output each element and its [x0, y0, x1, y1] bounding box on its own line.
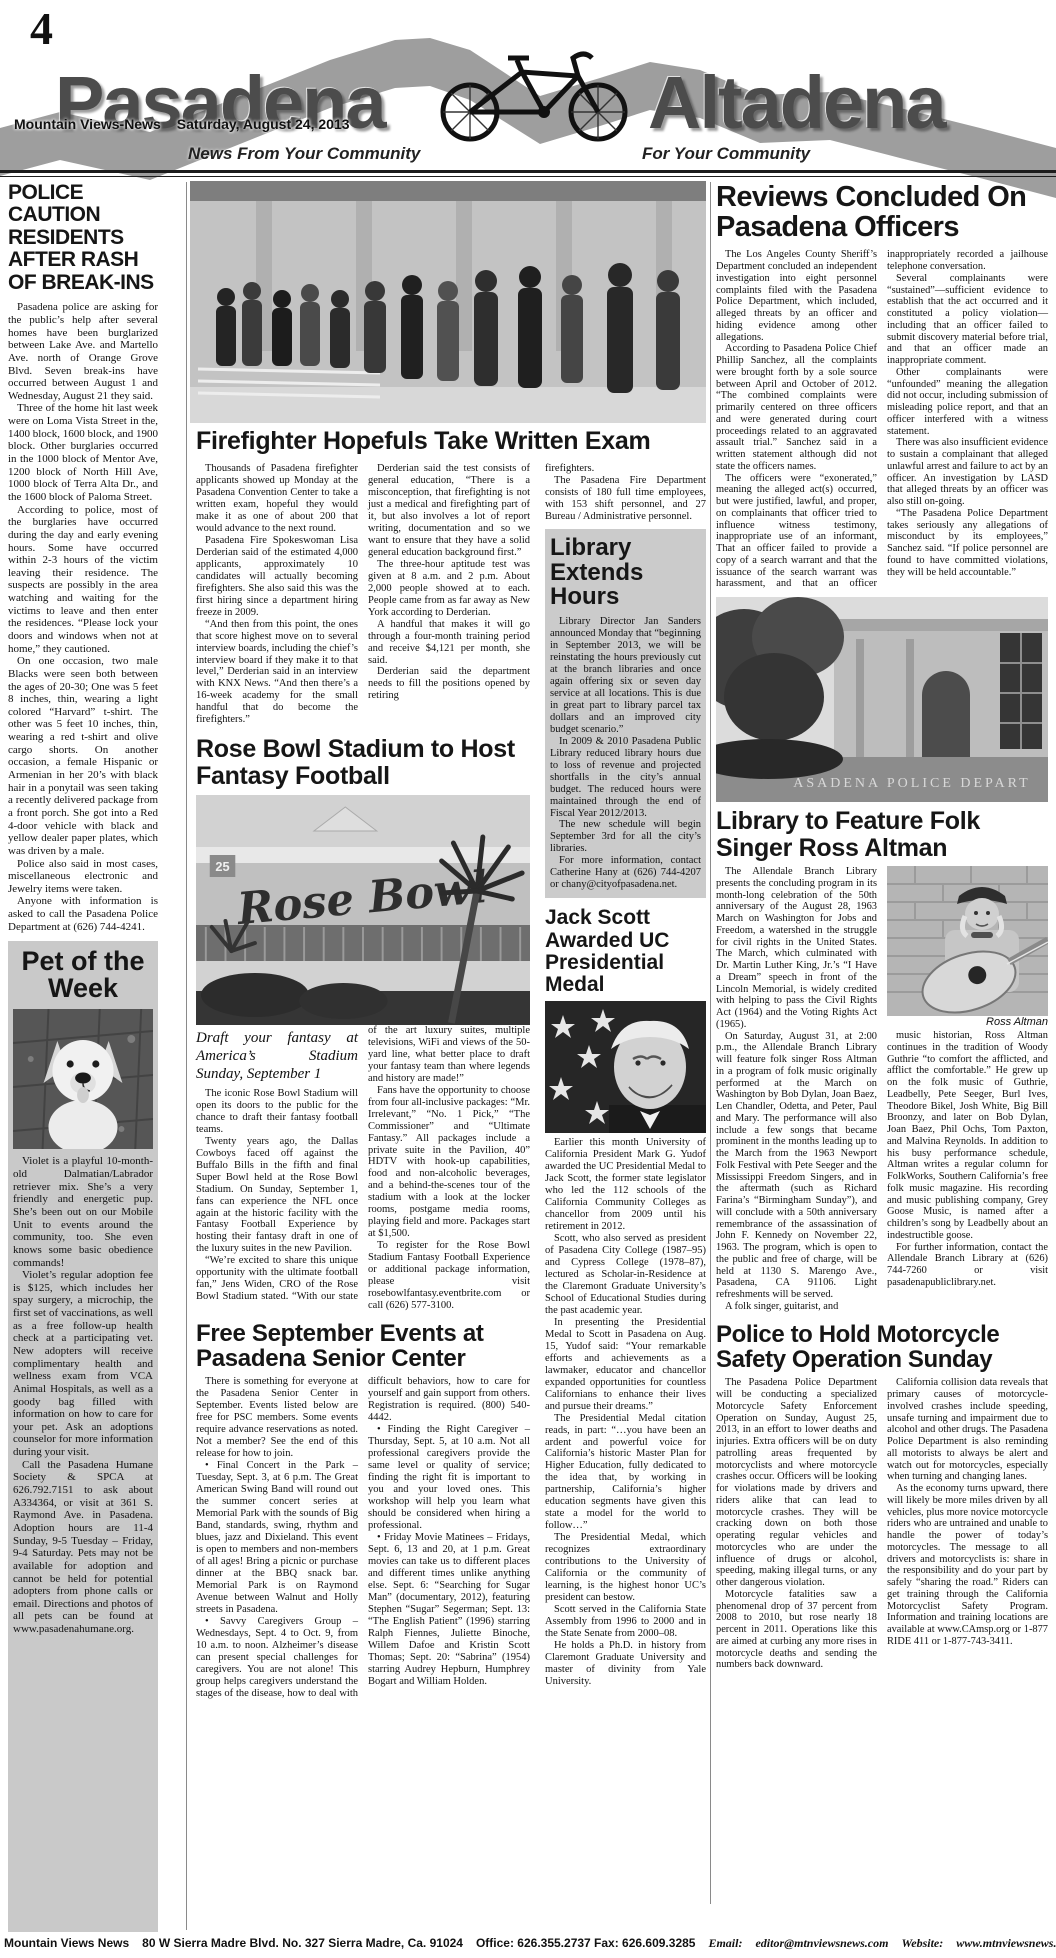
- tagline-right: For Your Community: [642, 144, 810, 164]
- paragraph: • Friday Movie Matinees – Fridays, Sept.…: [368, 1532, 530, 1688]
- masthead-title-altadena: Altadena: [648, 66, 945, 140]
- police-building-photo: ASADENA POLICE DEPART: [716, 597, 1048, 802]
- paragraph: According to police, most of the burglar…: [8, 504, 158, 656]
- paragraph: A folk singer, guitarist, and: [716, 1301, 877, 1313]
- paragraph: music historian, Ross Altman continues i…: [887, 1030, 1048, 1242]
- paragraph: firefighters.: [545, 463, 706, 475]
- paragraph: The three-hour aptitude test was given a…: [368, 559, 530, 619]
- page-footer: Mountain Views News 80 W Sierra Madre Bl…: [4, 1936, 1054, 1951]
- article-rose-bowl: Rose Bowl Stadium to Host Fantasy Footba…: [196, 736, 530, 1312]
- paragraph: Derderian said the department needs to f…: [368, 666, 530, 702]
- headline-reviews: Reviews Concluded On Pasadena Officers: [716, 182, 1048, 242]
- paragraph: The Los Angeles County Sheriff’s Departm…: [716, 249, 877, 343]
- senior-center-body: There is something for everyone at the P…: [196, 1376, 530, 1699]
- paragraph: As the economy turns upward, there will …: [887, 1483, 1048, 1648]
- paragraph: “And then from this point, the ones that…: [196, 619, 358, 727]
- paragraph: “The Pasadena Police Department takes se…: [887, 508, 1048, 579]
- building-carved-text: ASADENA POLICE DEPART: [793, 776, 1030, 791]
- middle-column: firefighters.The Pasadena Fire Departmen…: [545, 463, 706, 1688]
- paragraph: Library Director Jan Sanders announced M…: [550, 616, 701, 736]
- column-rule: [710, 182, 711, 1904]
- paragraph: The Presidential Medal, which recognizes…: [545, 1532, 706, 1604]
- article-library-hours: Library Extends Hours Library Director J…: [545, 529, 706, 898]
- paragraph: Pasadena Fire Spokeswoman Lisa Derderian…: [196, 535, 358, 619]
- article-reviews: Reviews Concluded On Pasadena Officers T…: [716, 182, 1048, 590]
- pet-of-week-body: Violet is a playful 10-month-old Dalmati…: [13, 1155, 153, 1635]
- paragraph: Derderian said the test consists of gene…: [368, 463, 530, 559]
- firefighter-applicants-photo: [190, 181, 706, 423]
- left-column: POLICE CAUTION RESIDENTS AFTER RASH OF B…: [8, 182, 158, 1932]
- footer-office-fax: Office: 626.355.2737 Fax: 626.609.3285: [476, 1936, 696, 1950]
- footer-email-label: Email:: [708, 1936, 742, 1951]
- center-column: Thousands of Pasadena firefighter applic…: [196, 463, 530, 1700]
- paragraph: Motorcycle fatalities saw a phenomenal d…: [716, 1589, 877, 1671]
- footer-website: www.mtnviewsnews.com: [956, 1936, 1056, 1951]
- headline-senior-center: Free September Events at Pasadena Senior…: [196, 1321, 530, 1371]
- ross-altman-col1: The Allendale Branch Library presents th…: [716, 866, 877, 1313]
- bicycle-icon: [426, 28, 644, 146]
- paragraph: • Final Concert in the Park – Tuesday, S…: [196, 1460, 358, 1616]
- page-number: 4: [30, 2, 53, 55]
- paragraph: Several complainants were “sustained”—su…: [887, 273, 1048, 367]
- article-break-ins: POLICE CAUTION RESIDENTS AFTER RASH OF B…: [8, 182, 158, 933]
- paragraph: • Finding the Right Caregiver – Thursday…: [368, 1424, 530, 1532]
- paragraph: Call the Pasadena Humane Society & SPCA …: [13, 1459, 153, 1636]
- paragraph: On Saturday, August 31, at 2:00 p.m., th…: [716, 1031, 877, 1301]
- violet-dog-photo: [13, 1009, 153, 1149]
- rose-bowl-stadium-photo: 25 Rose Bowl: [196, 795, 530, 1025]
- jack-scott-body: Earlier this month University of Califor…: [545, 1137, 706, 1688]
- footer-paper-name: Mountain Views News: [4, 1936, 129, 1950]
- article-senior-center: Free September Events at Pasadena Senior…: [196, 1321, 530, 1700]
- masthead-rule: [0, 170, 1056, 177]
- paragraph: He holds a Ph.D. in history from Claremo…: [545, 1640, 706, 1688]
- footer-address: 80 W Sierra Madre Blvd. No. 327 Sierra M…: [142, 1936, 463, 1950]
- dateline: Mountain Views-News Saturday, August 24,…: [14, 116, 350, 132]
- paragraph: The Pasadena Fire Department consists of…: [545, 475, 706, 523]
- column-rule: [186, 182, 187, 1930]
- headline-firefighter: Firefighter Hopefuls Take Written Exam: [196, 427, 708, 456]
- paper-name: Mountain Views-News: [14, 116, 161, 132]
- firefighter-body-continued: firefighters.The Pasadena Fire Departmen…: [545, 463, 706, 523]
- jack-scott-photo: [545, 1001, 706, 1133]
- tagline-left: News From Your Community: [188, 144, 420, 164]
- paragraph: For more information, contact Catherine …: [550, 855, 701, 891]
- ross-altman-photo: Ross Altman: [887, 866, 1048, 1028]
- firefighter-body: Thousands of Pasadena firefighter applic…: [196, 463, 530, 726]
- headline-rose-bowl: Rose Bowl Stadium to Host Fantasy Footba…: [196, 736, 530, 789]
- paragraph: In presenting the Presidential Medal to …: [545, 1317, 706, 1413]
- paragraph: The Pasadena Police Department will be c…: [716, 1377, 877, 1589]
- paragraph: A handful that makes it will go through …: [368, 619, 530, 667]
- paragraph: Twenty years ago, the Dallas Cowboys fac…: [196, 1136, 358, 1256]
- issue-date: Saturday, August 24, 2013: [177, 116, 350, 132]
- paragraph: Violet is a playful 10-month-old Dalmati…: [13, 1155, 153, 1269]
- paragraph: For further information, contact the All…: [887, 1242, 1048, 1289]
- article-motorcycle: Police to Hold Motorcycle Safety Operati…: [716, 1322, 1048, 1672]
- paragraph: Violet’s regular adoption fee is $125, w…: [13, 1269, 153, 1459]
- library-hours-body: Library Director Jan Sanders announced M…: [550, 616, 701, 891]
- paragraph: The Allendale Branch Library presents th…: [716, 866, 877, 1031]
- paragraph: The new schedule will begin September 3r…: [550, 819, 701, 855]
- ross-altman-col2: music historian, Ross Altman continues i…: [887, 1030, 1048, 1289]
- newspaper-page: 4 Mountain Views-News Saturday, August 2…: [0, 0, 1056, 1958]
- headline-jack-scott: Jack Scott Awarded UC Presidential Medal: [545, 907, 706, 996]
- reviews-body: The Los Angeles County Sheriff’s Departm…: [716, 249, 1048, 590]
- article-jack-scott: Jack Scott Awarded UC Presidential Medal: [545, 907, 706, 1688]
- paragraph: There is something for everyone at the P…: [196, 1376, 358, 1460]
- paragraph: In 2009 & 2010 Pasadena Public Library r…: [550, 736, 701, 820]
- paragraph: Three of the home hit last week were on …: [8, 402, 158, 503]
- paragraph: To register for the Rose Bowl Stadium Fa…: [368, 1240, 530, 1312]
- paragraph: Earlier this month University of Califor…: [545, 1137, 706, 1233]
- headline-pet-of-week: Pet of the Week: [13, 948, 153, 1002]
- gate-number-sign: 25: [215, 859, 229, 874]
- paragraph: On one occasion, two male Blacks were se…: [8, 655, 158, 857]
- paragraph: According to Pasadena Police Chief Phill…: [716, 343, 877, 472]
- paragraph: Pasadena police are asking for the publi…: [8, 301, 158, 402]
- paragraph: Fans have the opportunity to choose from…: [368, 1085, 530, 1241]
- motorcycle-body: The Pasadena Police Department will be c…: [716, 1377, 1048, 1671]
- footer-email: editor@mtnviewsnews.com: [755, 1936, 888, 1951]
- paragraph: Anyone with information is asked to call…: [8, 895, 158, 933]
- headline-library-hours: Library Extends Hours: [550, 536, 701, 610]
- headline-ross-altman: Library to Feature Folk Singer Ross Altm…: [716, 808, 1048, 861]
- paragraph: There was also insufficient evidence to …: [887, 437, 1048, 508]
- right-column: Reviews Concluded On Pasadena Officers T…: [716, 182, 1048, 1671]
- rose-bowl-lede: Draft your fantasy at America’s Stadium …: [196, 1029, 358, 1083]
- paragraph: California collision data reveals that p…: [887, 1377, 1048, 1483]
- paragraph: The Presidential Medal citation reads, i…: [545, 1413, 706, 1533]
- paragraph: Police also said in most cases, miscella…: [8, 858, 158, 896]
- article-pet-of-week: Pet of the Week: [8, 941, 158, 1932]
- footer-website-label: Website:: [901, 1936, 943, 1951]
- rose-bowl-body: Draft your fantasy at America’s Stadium …: [196, 1025, 530, 1312]
- headline-motorcycle: Police to Hold Motorcycle Safety Operati…: [716, 1322, 1048, 1373]
- break-ins-body: Pasadena police are asking for the publi…: [8, 301, 158, 933]
- paragraph: Thousands of Pasadena firefighter applic…: [196, 463, 358, 535]
- article-ross-altman: Library to Feature Folk Singer Ross Altm…: [716, 808, 1048, 1313]
- headline-break-ins: POLICE CAUTION RESIDENTS AFTER RASH OF B…: [8, 182, 158, 294]
- paragraph: Scott served in the California State Ass…: [545, 1604, 706, 1640]
- ross-altman-caption: Ross Altman: [887, 1016, 1048, 1028]
- paragraph: Other complainants were “unfounded” mean…: [887, 367, 1048, 438]
- paragraph: The iconic Rose Bowl Stadium will open i…: [196, 1088, 358, 1136]
- paragraph: Scott, who also served as president of P…: [545, 1233, 706, 1317]
